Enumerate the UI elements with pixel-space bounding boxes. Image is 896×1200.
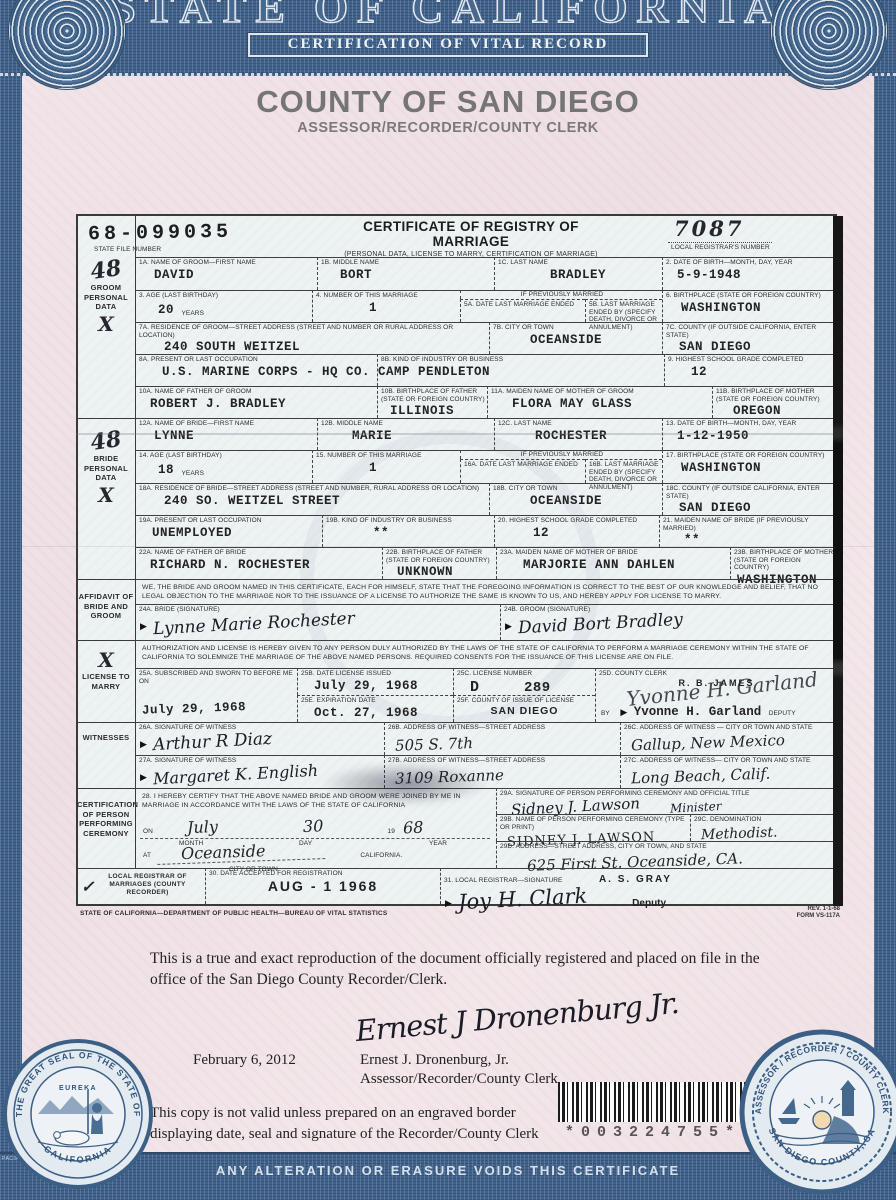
field-witness1-street: 26B. ADDRESS OF WITNESS—STREET ADDRESS 5… xyxy=(384,722,620,755)
corner-rosette-icon xyxy=(770,0,888,90)
field-groom-father-name: 10A. NAME OF FATHER OF GROOMROBERT J. BR… xyxy=(135,386,377,418)
form-title: CERTIFICATE OF REGISTRY OF MARRIAGE xyxy=(331,219,611,249)
field-groom-school-grade: 9. HIGHEST SCHOOL GRADE COMPLETED12 xyxy=(664,354,837,386)
attestation-date: February 6, 2012 xyxy=(193,1052,296,1069)
sidebar-rule xyxy=(77,722,135,723)
affidavit-text: WE, THE BRIDE AND GROOM NAMED IN THIS CE… xyxy=(135,579,837,604)
field-bride-mother-name: 23A. MAIDEN NAME OF MOTHER OF BRIDEMARJO… xyxy=(496,547,730,579)
field-county-clerk: 25D. COUNTY CLERK R. B. JAMES Yvonne H. … xyxy=(595,668,837,722)
state-file-number: 68-099035 STATE FILE NUMBER xyxy=(88,222,232,254)
check-icon: ✓ xyxy=(81,877,94,896)
sidebar-rule xyxy=(77,640,135,641)
field-bride-maiden-name: 21. MAIDEN NAME OF BRIDE (IF PREVIOUSLY … xyxy=(659,515,837,547)
certificate-page: STATE OF CALIFORNIA CERTIFICATION OF VIT… xyxy=(0,0,896,1200)
sidebar-rule xyxy=(77,788,135,789)
field-license-expiration: 25E. EXPIRATION DATEOct. 27, 1968 xyxy=(297,695,453,722)
corner-rosette-icon xyxy=(8,0,126,90)
field-witness1-city-state: 26C. ADDRESS OF WITNESS — CITY OR TOWN A… xyxy=(620,722,837,755)
fold-line xyxy=(76,433,837,435)
field-bride-residence: 18A. RESIDENCE OF BRIDE—STREET ADDRESS (… xyxy=(135,483,489,515)
seal-lighthouse xyxy=(842,1090,854,1116)
field-groom-mother-name: 11A. MAIDEN NAME OF MOTHER OF GROOMFLORA… xyxy=(487,386,712,418)
field-bride-school-grade: 20. HIGHEST SCHOOL GRADE COMPLETED12 xyxy=(494,515,659,547)
field-groom-last-marriage-ended: 5A. DATE LAST MARRIAGE ENDED xyxy=(460,299,585,322)
signature-arrow-icon: ▶ xyxy=(505,621,512,631)
sidebar-license-section: X LICENSE TO MARRY xyxy=(77,648,135,691)
field-performer-name: 29B. NAME OF PERSON PERFORMING CEREMONY … xyxy=(496,814,690,841)
field-groom-residence: 7A. RESIDENCE OF GROOM—STREET ADDRESS (S… xyxy=(135,322,489,354)
field-groom-first-name: 1A. NAME OF GROOM—FIRST NAMEDAVID xyxy=(135,257,317,290)
field-license-county: 25F. COUNTY OF ISSUE OF LICENSE SAN DIEG… xyxy=(453,695,595,722)
field-denomination: 29C. DENOMINATION Methodist. xyxy=(690,814,837,841)
sidebar-witnesses-section: WITNESSES xyxy=(77,733,135,743)
border-top-band: STATE OF CALIFORNIA CERTIFICATION OF VIT… xyxy=(0,0,896,76)
scan-edge-artifact xyxy=(833,216,843,906)
seal-sun xyxy=(813,1111,831,1129)
field-groom-county: 7C. COUNTY (IF OUTSIDE CALIFORNIA, ENTER… xyxy=(662,322,837,354)
field-bride-age: 14. AGE (LAST BIRTHDAY) 18 YEARS xyxy=(135,450,312,483)
field-sworn-date: 25A. SUBSCRIBED AND SWORN TO BEFORE ME O… xyxy=(135,668,297,722)
signature-arrow-icon: ▶ xyxy=(140,739,147,749)
field-groom-dob: 2. DATE OF BIRTH—MONTH, DAY, YEAR5-9-194… xyxy=(662,257,837,290)
field-groom-middle-name: 1B. MIDDLE NAMEBORT xyxy=(317,257,494,290)
registrar-number-label: LOCAL REGISTRAR'S NUMBER xyxy=(668,243,772,252)
signature-arrow-icon: ▶ xyxy=(445,898,452,908)
field-bride-birthplace: 17. BIRTHPLACE (STATE OR FOREIGN COUNTRY… xyxy=(662,450,837,483)
field-bride-marriage-number: 15. NUMBER OF THIS MARRIAGE1 xyxy=(312,450,460,483)
field-license-issued: 25B. DATE LICENSE ISSUEDJuly 29, 1968 xyxy=(297,668,453,695)
field-groom-city: 7B. CITY OR TOWNOCEANSIDE xyxy=(489,322,662,354)
sidebar-rule xyxy=(77,579,135,580)
field-performer-address: 29D. ADDRESS—STREET ADDRESS, CITY OR TOW… xyxy=(496,841,837,868)
field-bride-marriage-ended-by: 16B. LAST MARRIAGE ENDED BY (SPECIFY DEA… xyxy=(585,459,662,483)
signature-arrow-icon: ▶ xyxy=(620,707,627,717)
sidebar-bride-section: 48 BRIDE PERSONAL DATA X xyxy=(77,428,135,507)
county-subtitle: ASSESSOR/RECORDER/COUNTY CLERK xyxy=(0,120,896,136)
field-groom-marriage-ended-by: 5B. LAST MARRIAGE ENDED BY (SPECIFY DEAT… xyxy=(585,299,662,322)
field-groom-mother-birthplace: 11B. BIRTHPLACE OF MOTHER (STATE OR FORE… xyxy=(712,386,837,418)
field-performer-signature: 29A. SIGNATURE OF PERSON PERFORMING CERE… xyxy=(496,788,837,814)
field-groom-industry: 8B. KIND OF INDUSTRY OR BUSINESS xyxy=(377,354,664,386)
field-license-number: 25C. LICENSE NUMBER D 289 xyxy=(453,668,595,695)
sidebar-rule xyxy=(77,418,135,419)
validity-note: This copy is not valid unless prepared o… xyxy=(150,1103,540,1145)
recorder-title: Assessor/Recorder/County Clerk xyxy=(360,1071,558,1088)
state-file-label: STATE FILE NUMBER xyxy=(88,245,232,254)
vital-record-banner: CERTIFICATION OF VITAL RECORD xyxy=(248,33,648,57)
ink-smudge xyxy=(320,762,490,806)
field-bride-occupation: 19A. PRESENT OR LAST OCCUPATIONUNEMPLOYE… xyxy=(135,515,322,547)
seal-eureka-text: EUREKA xyxy=(59,1085,97,1092)
field-registration-date: 30. DATE ACCEPTED FOR REGISTRATION AUG -… xyxy=(205,868,440,904)
field-groom-occupation: 8A. PRESENT OR LAST OCCUPATIONU.S. MARIN… xyxy=(135,354,377,386)
field-bride-last-marriage-ended: 16A. DATE LAST MARRIAGE ENDED xyxy=(460,459,585,483)
license-text: AUTHORIZATION AND LICENSE IS HEREBY GIVE… xyxy=(135,640,837,668)
sidebar-groom-section: 48 GROOM PERSONAL DATA X xyxy=(77,257,135,336)
field-witness1-signature: 26A. SIGNATURE OF WITNESS ▶ Arthur R Dia… xyxy=(135,722,384,755)
field-bride-father-birthplace: 22B. BIRTHPLACE OF FATHER (STATE OR FORE… xyxy=(382,547,496,579)
county-recorder-seal: ASSESSOR / RECORDER / COUNTY CLERK SAN D… xyxy=(738,1028,896,1200)
field-bride-industry: 19B. KIND OF INDUSTRY OR BUSINESS** xyxy=(322,515,494,547)
field-bride-county: 18C. COUNTY (IF OUTSIDE CALIFORNIA, ENTE… xyxy=(662,483,837,515)
field-groom-age: 3. AGE (LAST BIRTHDAY) 20 YEARS xyxy=(135,290,312,322)
recorder-signature: Ernest J Dronenburg Jr. xyxy=(354,986,680,1048)
field-bride-mother-birthplace: 23B. BIRTHPLACE OF MOTHER (STATE OR FORE… xyxy=(730,547,837,579)
fold-line xyxy=(0,546,896,547)
california-state-seal: THE GREAT SEAL OF THE STATE OF CALIFORNI… xyxy=(2,1038,154,1195)
field-bride-father-name: 22A. NAME OF FATHER OF BRIDERICHARD N. R… xyxy=(135,547,382,579)
state-title: STATE OF CALIFORNIA xyxy=(0,0,896,33)
field-registrar-signature: 31. LOCAL REGISTRAR—SIGNATURE A. S. GRAY… xyxy=(440,868,837,904)
signature-arrow-icon: ▶ xyxy=(140,772,147,782)
sidebar-divider xyxy=(135,214,136,868)
sidebar-affidavit-section: AFFIDAVIT OF BRIDE AND GROOM xyxy=(77,592,135,621)
recorder-name: Ernest J. Dronenburg, Jr. xyxy=(360,1052,509,1069)
field-witness2-city-state: 27C. ADDRESS OF WITNESS— CITY OR TOWN AN… xyxy=(620,755,837,788)
signature-arrow-icon: ▶ xyxy=(140,621,147,631)
field-groom-signature: 24B. GROOM (SIGNATURE) ▶ David Bort Brad… xyxy=(500,604,837,640)
barcode-digits: *003224755* xyxy=(548,1124,758,1141)
field-groom-father-birthplace: 10B. BIRTHPLACE OF FATHER (STATE OR FORE… xyxy=(377,386,487,418)
form-footer-left: STATE OF CALIFORNIA—DEPARTMENT OF PUBLIC… xyxy=(80,910,387,917)
border-left xyxy=(0,70,22,1200)
sidebar-ceremony-section: CERTIFICATION OF PERSON PERFORMING CEREM… xyxy=(77,800,135,838)
county-title: COUNTY OF SAN DIEGO xyxy=(0,84,896,120)
form-title-block: CERTIFICATE OF REGISTRY OF MARRIAGE (PER… xyxy=(331,219,611,258)
field-groom-birthplace: 6. BIRTHPLACE (STATE OR FOREIGN COUNTRY)… xyxy=(662,290,837,322)
attestation-statement: This is a true and exact reproduction of… xyxy=(150,948,795,990)
barcode xyxy=(558,1082,748,1122)
field-bride-city: 18B. CITY OR TOWNOCEANSIDE xyxy=(489,483,662,515)
local-registrar-number: 7087 LOCAL REGISTRAR'S NUMBER xyxy=(668,216,772,252)
field-bride-signature: 24A. BRIDE (SIGNATURE) ▶ Lynne Marie Roc… xyxy=(135,604,500,640)
prev-married-header: IF PREVIOUSLY MARRIED xyxy=(460,290,662,299)
prev-married-header: IF PREVIOUSLY MARRIED xyxy=(460,450,662,459)
field-groom-marriage-number: 4. NUMBER OF THIS MARRIAGE1 xyxy=(312,290,460,322)
field-groom-last-name: 1C. LAST NAMEBRADLEY xyxy=(494,257,662,290)
local-registrar-box: ✓ LOCAL REGISTRAR OF MARRIAGES (COUNTY R… xyxy=(78,868,205,904)
